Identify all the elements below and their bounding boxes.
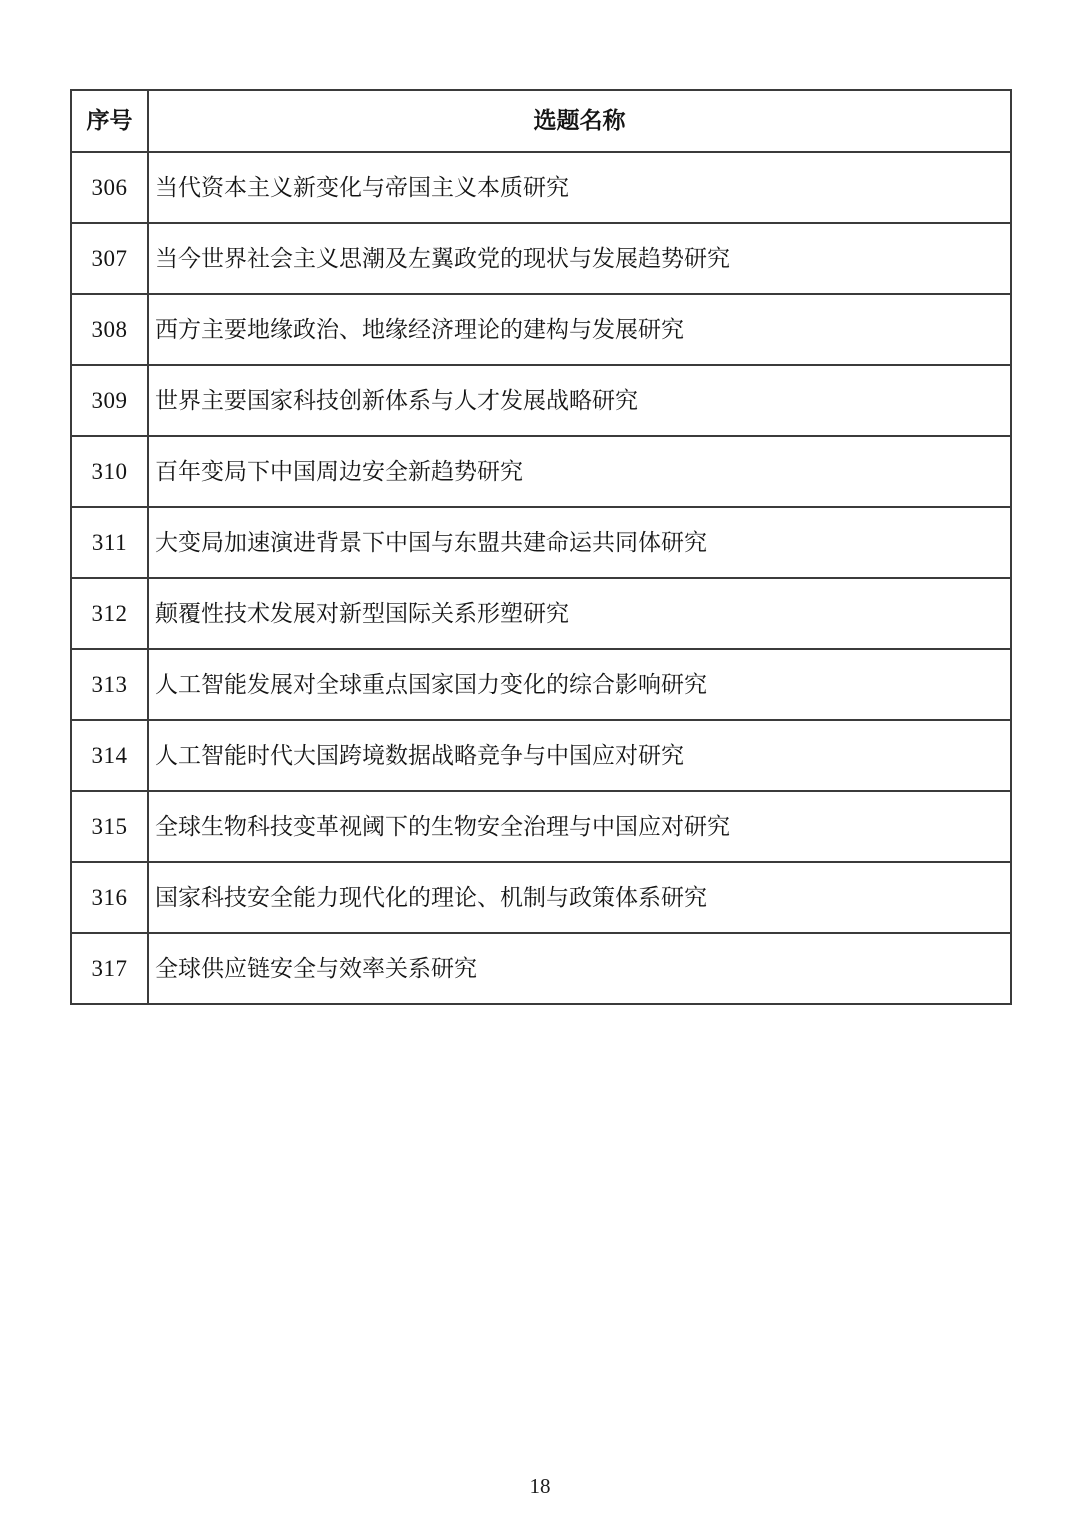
table-row: 307 当今世界社会主义思潮及左翼政党的现状与发展趋势研究: [71, 223, 1011, 294]
table-row: 317 全球供应链安全与效率关系研究: [71, 933, 1011, 1004]
row-index: 306: [71, 152, 148, 223]
table-row: 311 大变局加速演进背景下中国与东盟共建命运共同体研究: [71, 507, 1011, 578]
row-index: 317: [71, 933, 148, 1004]
row-index: 313: [71, 649, 148, 720]
document-page: 序号 选题名称 306 当代资本主义新变化与帝国主义本质研究 307 当今世界社…: [0, 0, 1080, 1528]
row-title: 全球供应链安全与效率关系研究: [148, 933, 1011, 1004]
header-cell-title: 选题名称: [148, 90, 1011, 152]
table-row: 306 当代资本主义新变化与帝国主义本质研究: [71, 152, 1011, 223]
row-index: 312: [71, 578, 148, 649]
row-title: 世界主要国家科技创新体系与人才发展战略研究: [148, 365, 1011, 436]
topic-table-header: 序号 选题名称: [71, 90, 1011, 152]
header-cell-index: 序号: [71, 90, 148, 152]
row-title: 当今世界社会主义思潮及左翼政党的现状与发展趋势研究: [148, 223, 1011, 294]
page-number: 18: [0, 1474, 1080, 1499]
table-row: 316 国家科技安全能力现代化的理论、机制与政策体系研究: [71, 862, 1011, 933]
table-row: 314 人工智能时代大国跨境数据战略竞争与中国应对研究: [71, 720, 1011, 791]
row-index: 314: [71, 720, 148, 791]
topic-table-body: 306 当代资本主义新变化与帝国主义本质研究 307 当今世界社会主义思潮及左翼…: [71, 152, 1011, 1004]
header-row: 序号 选题名称: [71, 90, 1011, 152]
row-title: 颠覆性技术发展对新型国际关系形塑研究: [148, 578, 1011, 649]
row-index: 311: [71, 507, 148, 578]
row-index: 315: [71, 791, 148, 862]
table-row: 315 全球生物科技变革视阈下的生物安全治理与中国应对研究: [71, 791, 1011, 862]
row-index: 307: [71, 223, 148, 294]
row-index: 309: [71, 365, 148, 436]
row-title: 大变局加速演进背景下中国与东盟共建命运共同体研究: [148, 507, 1011, 578]
row-index: 308: [71, 294, 148, 365]
row-index: 316: [71, 862, 148, 933]
row-title: 国家科技安全能力现代化的理论、机制与政策体系研究: [148, 862, 1011, 933]
table-row: 312 颠覆性技术发展对新型国际关系形塑研究: [71, 578, 1011, 649]
row-title: 百年变局下中国周边安全新趋势研究: [148, 436, 1011, 507]
row-index: 310: [71, 436, 148, 507]
table-row: 310 百年变局下中国周边安全新趋势研究: [71, 436, 1011, 507]
table-row: 313 人工智能发展对全球重点国家国力变化的综合影响研究: [71, 649, 1011, 720]
row-title: 人工智能发展对全球重点国家国力变化的综合影响研究: [148, 649, 1011, 720]
row-title: 当代资本主义新变化与帝国主义本质研究: [148, 152, 1011, 223]
row-title: 人工智能时代大国跨境数据战略竞争与中国应对研究: [148, 720, 1011, 791]
table-row: 308 西方主要地缘政治、地缘经济理论的建构与发展研究: [71, 294, 1011, 365]
table-row: 309 世界主要国家科技创新体系与人才发展战略研究: [71, 365, 1011, 436]
row-title: 西方主要地缘政治、地缘经济理论的建构与发展研究: [148, 294, 1011, 365]
row-title: 全球生物科技变革视阈下的生物安全治理与中国应对研究: [148, 791, 1011, 862]
topic-table: 序号 选题名称 306 当代资本主义新变化与帝国主义本质研究 307 当今世界社…: [70, 89, 1012, 1005]
